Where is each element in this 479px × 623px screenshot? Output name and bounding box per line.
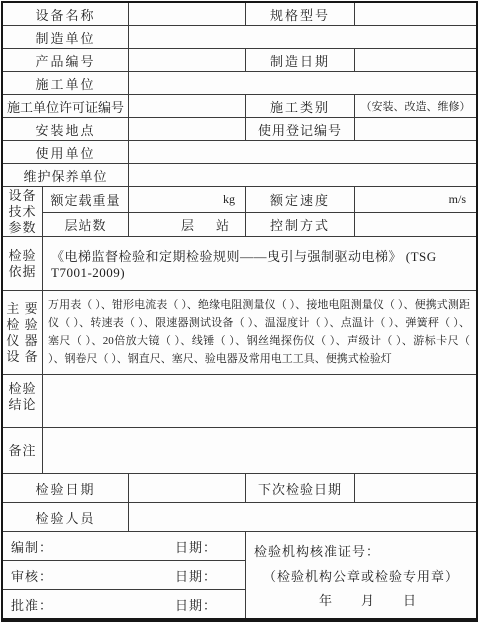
reviewed-by-cell: 审核： 日期： xyxy=(3,561,246,590)
prepared-date-label: 日期： xyxy=(175,537,217,556)
manufacture-date-value xyxy=(355,49,476,72)
maintenance-unit-label: 维护保养单位 xyxy=(3,164,129,187)
manufacturer-value xyxy=(129,26,476,49)
manufacturer-label: 制造单位 xyxy=(3,26,129,49)
prepared-by-label: 编制： xyxy=(11,537,53,556)
construction-unit-label: 施工单位 xyxy=(3,72,129,95)
org-date-line: 年 月 日 xyxy=(254,590,468,609)
rated-speed-unit: m/s xyxy=(355,187,476,213)
inspection-date-label: 检验日期 xyxy=(3,474,129,503)
section-inspection-basis: 检验 依据 《电梯监督检验和定期检验规则——曳引与强制驱动电梯》 (TSG T7… xyxy=(3,237,476,291)
section-signoff: 编制： 日期： 审核： 日期： 批准： 日期： xyxy=(3,532,476,618)
next-inspection-date-label: 下次检验日期 xyxy=(246,474,355,503)
product-no-label: 产品编号 xyxy=(3,49,129,72)
reviewed-by-label: 审核： xyxy=(11,566,53,585)
elevator-inspection-form-page: 设备名称 规格型号 制造单位 产品编号 制造日期 施工单位 施工单位许可证编号 … xyxy=(0,0,479,623)
row-approved-by: 批准： 日期： xyxy=(3,590,246,618)
section-tech-params: 设备 技术 参数 额定载重量 kg 额定速度 m/s 层站数 层 站 控制方式 xyxy=(3,187,476,237)
inspection-basis-text: 《电梯监督检验和定期检验规则——曳引与强制驱动电梯》 (TSG T7001-20… xyxy=(43,237,476,291)
row-construction-license: 施工单位许可证编号 施工类别 （安装、改造、维修） xyxy=(3,95,476,118)
row-maintenance-unit: 维护保养单位 xyxy=(3,164,476,187)
row-construction-unit: 施工单位 xyxy=(3,72,476,95)
row-device-name: 设备名称 规格型号 xyxy=(3,3,476,26)
inspection-org-cell: 检验机构核准证号： （检验机构公章或检验专用章） 年 月 日 xyxy=(246,532,476,618)
row-reviewed-by: 审核： 日期： xyxy=(3,561,246,590)
org-seal-note: （检验机构公章或检验专用章） xyxy=(254,566,468,585)
row-product-no: 产品编号 制造日期 xyxy=(3,49,476,72)
floors-stops-units: 层 站 xyxy=(129,213,246,237)
row-manufacturer: 制造单位 xyxy=(3,26,476,49)
maintenance-unit-value xyxy=(129,164,476,187)
approved-by-label: 批准： xyxy=(11,595,53,614)
inspection-basis-label: 检验 依据 xyxy=(3,237,43,291)
floors-label: 层站数 xyxy=(43,213,129,237)
spec-model-value xyxy=(355,3,476,26)
approved-by-cell: 批准： 日期： xyxy=(3,590,246,618)
conclusion-value xyxy=(43,375,476,428)
use-registration-label: 使用登记编号 xyxy=(246,118,355,141)
tech-params-section-label: 设备 技术 参数 xyxy=(3,187,43,237)
row-install-location: 安装地点 使用登记编号 xyxy=(3,118,476,141)
section-conclusion: 检验 结论 xyxy=(3,375,476,428)
manufacture-date-label: 制造日期 xyxy=(246,49,355,72)
install-location-label: 安装地点 xyxy=(3,118,129,141)
instruments-section-label: 主 要 检 验 仪 器 设 备 xyxy=(3,291,43,375)
floor-unit: 层 xyxy=(181,215,194,234)
prepared-by-cell: 编制： 日期： xyxy=(3,532,246,561)
section-instruments: 主 要 检 验 仪 器 设 备 万用表（ ）、钳形电流表（ ）、绝缘电阻测量仪（… xyxy=(3,291,476,375)
construction-type-label: 施工类别 xyxy=(246,95,355,118)
product-no-value xyxy=(129,49,246,72)
spec-model-label: 规格型号 xyxy=(246,3,355,26)
rated-load-label: 额定载重量 xyxy=(43,187,129,213)
user-unit-value xyxy=(129,141,476,164)
construction-type-options: （安装、改造、维修） xyxy=(355,95,476,118)
inspectors-label: 检验人员 xyxy=(3,503,129,532)
install-location-value xyxy=(129,118,246,141)
approved-date-label: 日期： xyxy=(175,595,217,614)
stop-unit: 站 xyxy=(216,215,229,234)
row-user-unit: 使用单位 xyxy=(3,141,476,164)
user-unit-label: 使用单位 xyxy=(3,141,129,164)
rated-load-unit: kg xyxy=(129,187,246,213)
use-registration-value xyxy=(355,118,476,141)
rated-speed-label: 额定速度 xyxy=(246,187,355,213)
section-remarks: 备注 xyxy=(3,428,476,474)
next-inspection-date-value xyxy=(355,474,476,503)
device-name-value xyxy=(129,3,246,26)
row-floors-stops: 层站数 层 站 控制方式 xyxy=(43,213,476,237)
org-approval-cert-label: 检验机构核准证号： xyxy=(254,541,468,560)
control-mode-label: 控制方式 xyxy=(246,213,355,237)
inspectors-value xyxy=(129,503,476,532)
row-prepared-by: 编制： 日期： xyxy=(3,532,246,561)
row-rated-load: 额定载重量 kg 额定速度 m/s xyxy=(43,187,476,213)
row-inspection-date: 检验日期 下次检验日期 xyxy=(3,474,476,503)
remarks-label: 备注 xyxy=(3,428,43,474)
row-inspectors: 检验人员 xyxy=(3,503,476,532)
conclusion-label: 检验 结论 xyxy=(3,375,43,428)
instruments-list-text: 万用表（ ）、钳形电流表（ ）、绝缘电阻测量仪（ ）、接地电阻测量仪（ ）、便携… xyxy=(43,291,476,375)
remarks-value xyxy=(43,428,476,474)
construction-license-label: 施工单位许可证编号 xyxy=(3,95,129,118)
construction-license-value xyxy=(129,95,246,118)
inspection-form-table: 设备名称 规格型号 制造单位 产品编号 制造日期 施工单位 施工单位许可证编号 … xyxy=(1,1,478,622)
construction-unit-value xyxy=(129,72,476,95)
inspection-date-value xyxy=(129,474,246,503)
device-name-label: 设备名称 xyxy=(3,3,129,26)
reviewed-date-label: 日期： xyxy=(175,566,217,585)
control-mode-value xyxy=(355,213,476,237)
